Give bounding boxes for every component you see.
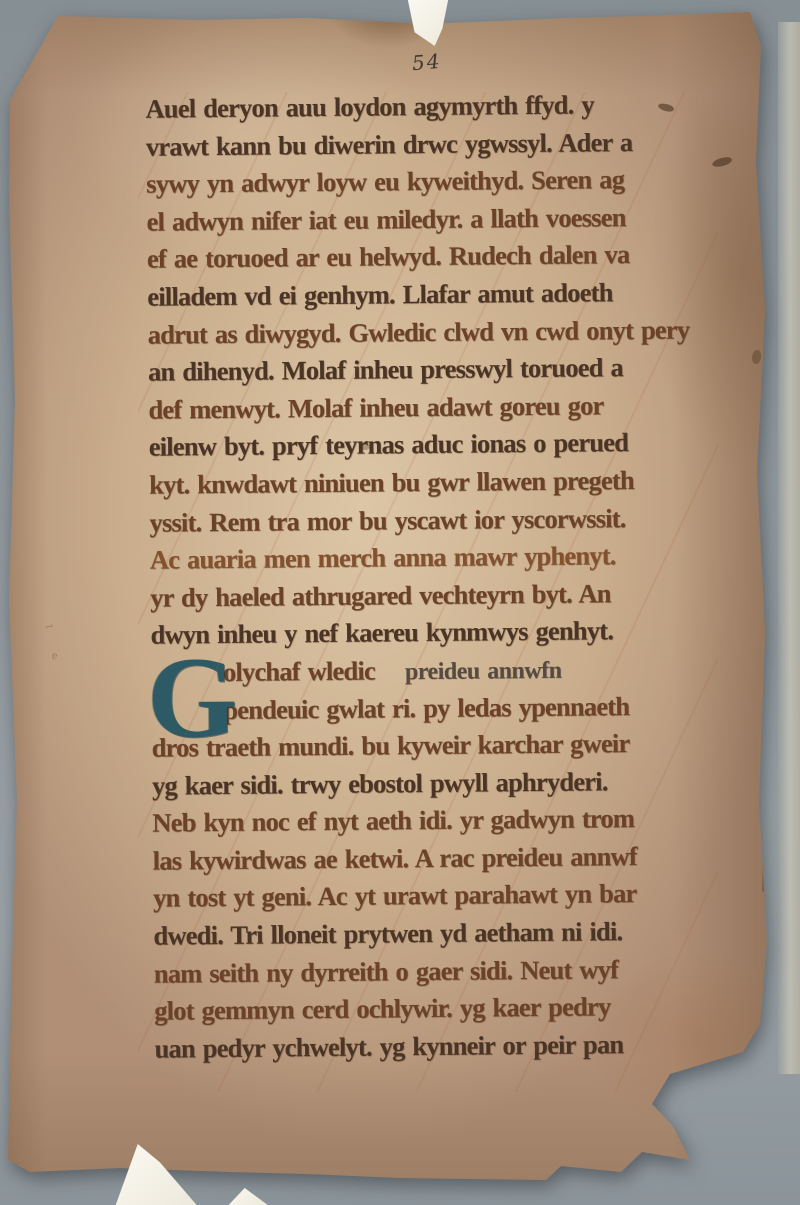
- text-line: kyt. knwdawt niniuen bu gwr llawen prege…: [149, 461, 705, 504]
- opening-line-text: olychaf wledic: [223, 655, 375, 686]
- text-line: yg kaer sidi. trwy ebostol pwyll aphryde…: [152, 762, 708, 805]
- text-line: vrawt kann bu diwerin drwc ygwssyl. Ader…: [146, 123, 702, 166]
- text-block: Auel deryon auu loydon agymyrth ffyd. yv…: [145, 85, 710, 1068]
- text-line: nam seith ny dyrreith o gaer sidi. Neut …: [154, 950, 710, 993]
- illuminated-initial: G: [147, 640, 238, 757]
- margin-mark: e: [51, 648, 59, 664]
- facing-page-edge: [778, 22, 800, 1074]
- text-line: glot gemmyn cerd ochlywir. yg kaer pedry: [154, 988, 710, 1031]
- manuscript-page: 54 ~ e Auel deryon auu loydon agymyrth f…: [8, 12, 780, 1196]
- edge-tear: [762, 772, 770, 892]
- text-line: uan pedyr ychwelyt. yg kynneir or peir p…: [154, 1025, 710, 1068]
- text-line: sywy yn adwyr loyw eu kyweithyd. Seren a…: [146, 161, 702, 204]
- text-line: eilladem vd ei genhym. Llafar amut adoet…: [147, 273, 703, 316]
- text-line: def menwyt. Molaf inheu adawt goreu gor: [148, 386, 704, 429]
- text-line: el adwyn nifer iat eu miledyr. a llath v…: [146, 198, 702, 241]
- text-line: las kywirdwas ae ketwi. A rac preideu an…: [153, 837, 709, 880]
- text-line: eilenw byt. pryf teyrnas aduc ionas o pe…: [149, 424, 705, 467]
- text-line: ef ae toruoed ar eu helwyd. Rudech dalen…: [147, 236, 703, 279]
- text-line: Neb kyn noc ef nyt aeth idi. yr gadwyn t…: [152, 800, 708, 843]
- text-line: Ac auaria men merch anna mawr yphenyt.: [150, 536, 706, 579]
- photo-scene: 54 ~ e Auel deryon auu loydon agymyrth f…: [0, 0, 800, 1205]
- text-line: yr dy haeled athrugared vechteyrn byt. A…: [150, 574, 706, 617]
- text-line: Auel deryon auu loydon agymyrth ffyd. y: [145, 85, 701, 128]
- parchment-blemish: [711, 156, 732, 168]
- parchment-surface: 54 ~ e Auel deryon auu loydon agymyrth f…: [8, 12, 780, 1196]
- opening-line: Golychaf wledicpreideu annwfn: [151, 649, 707, 692]
- folio-number: 54: [411, 49, 442, 75]
- text-line: an dihenyd. Molaf inheu presswyl toruoed…: [148, 348, 704, 391]
- text-line: adrut as diwygyd. Gwledic clwd vn cwd on…: [147, 311, 703, 354]
- text-line: yssit. Rem tra mor bu yscawt ior yscorws…: [149, 499, 705, 542]
- margin-mark: ~: [43, 619, 56, 637]
- text-line: dwedi. Tri lloneit prytwen yd aetham ni …: [153, 912, 709, 955]
- text-line: yn tost yt geni. Ac yt urawt parahawt yn…: [153, 875, 709, 918]
- poem-title-rubric: preideu annwfn: [405, 658, 562, 686]
- parchment-blemish: [752, 350, 761, 364]
